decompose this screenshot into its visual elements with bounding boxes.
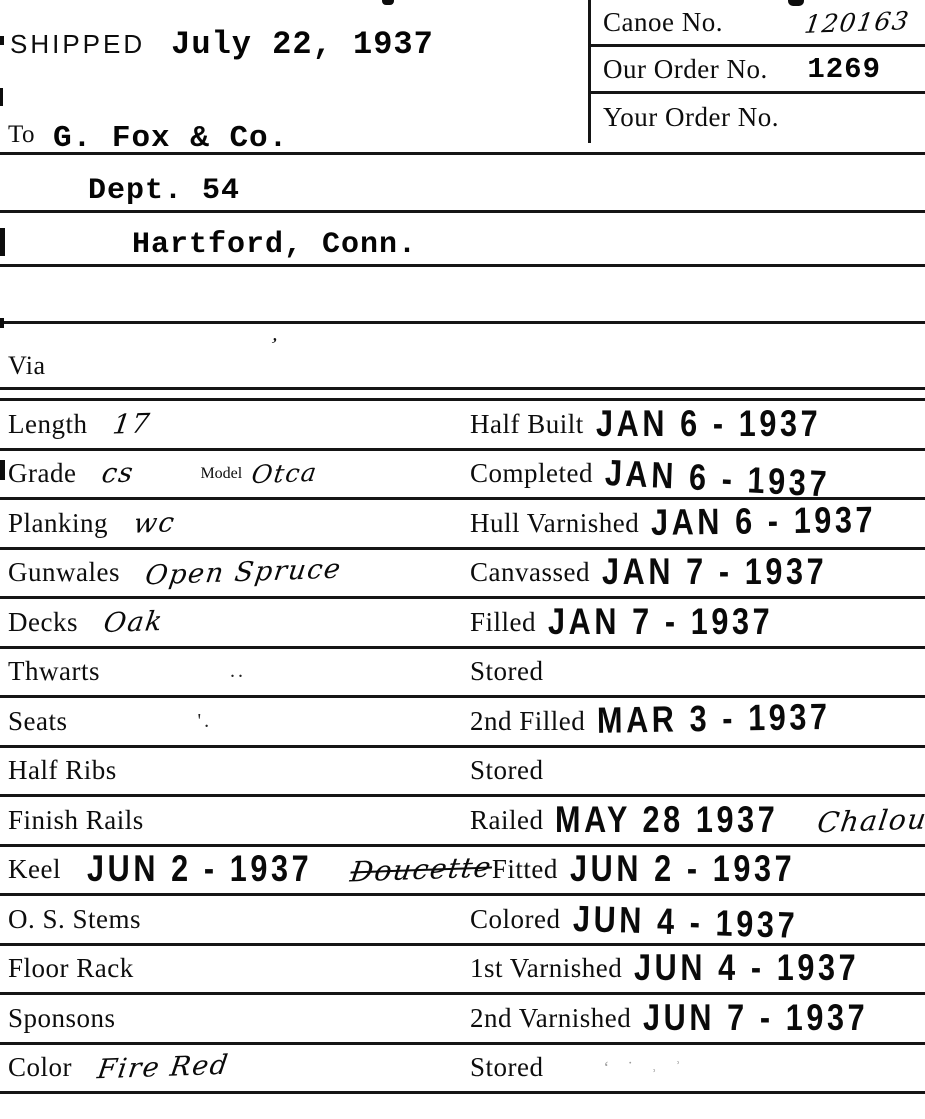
field-label: Sponsons xyxy=(8,1003,116,1034)
spec-cell: Floor Rack xyxy=(0,953,470,984)
field-label: 2nd Filled xyxy=(470,706,585,737)
spec-cell: Length 17 xyxy=(0,409,470,440)
table-row: Color Fire Red Stored ʻ ˙ ˒ ʾ xyxy=(0,1045,925,1095)
spec-cell: Color Fire Red xyxy=(0,1052,470,1083)
status-cell: Canvassed JAN 7 - 1937 xyxy=(470,553,925,592)
stray-pen-mark: ʼ xyxy=(265,331,279,358)
field-label: Stored xyxy=(470,755,544,786)
canoe-no-label: Canoe No. xyxy=(603,7,723,38)
status-cell: 2nd Filled MAR 3 - 1937 xyxy=(470,702,925,741)
scan-artifact xyxy=(0,318,4,328)
canoe-record-card: SHIPPED July 22, 1937 Canoe No. 120163 O… xyxy=(0,0,925,1119)
field-handwritten-note: Doucette xyxy=(348,851,494,889)
to-label: To xyxy=(8,121,35,149)
field-label: Planking xyxy=(8,508,108,539)
field-label: Keel xyxy=(8,854,61,885)
field-label: Filled xyxy=(470,607,536,638)
field-value: JUN 2 - 1937 xyxy=(87,849,312,891)
our-order-label: Our Order No. xyxy=(603,54,768,85)
status-cell: Hull Varnished JAN 6 - 1937 xyxy=(470,504,925,543)
status-cell: Colored JUN 4 - 1937 xyxy=(470,900,925,939)
field-value: cs xyxy=(100,458,137,490)
field-label: 1st Varnished xyxy=(470,953,622,984)
table-row: Finish Rails Railed MAY 28 1937 Chaloux xyxy=(0,797,925,847)
spec-cell: Finish Rails xyxy=(0,805,470,836)
spec-cell: Seats '. xyxy=(0,706,470,737)
table-row: Sponsons 2nd Varnished JUN 7 - 1937 xyxy=(0,995,925,1045)
status-cell: Railed MAY 28 1937 Chaloux xyxy=(470,801,925,840)
status-cell: Completed JAN 6 - 1937 xyxy=(470,454,925,493)
order-number-box: Canoe No. 120163 Our Order No. 1269 Your… xyxy=(588,0,925,143)
field-label: Stored xyxy=(470,1052,544,1083)
scan-artifact xyxy=(0,88,3,106)
spec-cell: Thwarts .. xyxy=(0,656,470,687)
spec-table: Length 17 Half Built JAN 6 - 1937 Grade … xyxy=(0,401,925,1094)
spec-cell: Sponsons xyxy=(0,1003,470,1034)
table-top-rule xyxy=(0,390,925,401)
spec-cell: Gunwales Open Spruce xyxy=(0,557,470,588)
scan-artifact xyxy=(0,460,5,480)
status-cell: 1st Varnished JUN 4 - 1937 xyxy=(470,949,925,988)
field-label-secondary: Model xyxy=(200,465,242,483)
field-value: Open Spruce xyxy=(143,554,344,592)
field-value: '. xyxy=(198,710,213,733)
consignee-name: G. Fox & Co. xyxy=(53,121,288,156)
spec-cell: Half Ribs xyxy=(0,755,470,786)
field-value: JUN 2 - 1937 xyxy=(570,849,795,891)
table-row: Decks Oak Filled JAN 7 - 1937 xyxy=(0,599,925,649)
card-header: SHIPPED July 22, 1937 Canoe No. 120163 O… xyxy=(0,0,925,155)
via-row: ʼ Via xyxy=(0,324,925,390)
field-label: Decks xyxy=(8,607,78,638)
field-value: JUN 4 - 1937 xyxy=(572,898,798,947)
status-cell: 2nd Varnished JUN 7 - 1937 xyxy=(470,999,925,1038)
field-value: JUN 7 - 1937 xyxy=(643,997,868,1039)
table-row: Length 17 Half Built JAN 6 - 1937 xyxy=(0,401,925,451)
status-cell: Stored xyxy=(470,656,925,687)
field-value: Oak xyxy=(102,606,166,639)
address-line-blank xyxy=(0,267,925,324)
scan-artifact xyxy=(788,0,804,6)
field-label: Half Built xyxy=(470,409,584,440)
shipped-row: SHIPPED July 22, 1937 xyxy=(10,26,434,63)
shipped-date-value: July 22, 1937 xyxy=(171,26,434,63)
scan-artifact xyxy=(0,228,5,256)
scan-artifact xyxy=(0,36,4,45)
status-cell: Half Built JAN 6 - 1937 xyxy=(470,405,925,444)
spec-cell: Planking wc xyxy=(0,508,470,539)
shipped-label: SHIPPED xyxy=(10,29,145,60)
your-order-label: Your Order No. xyxy=(603,102,779,133)
field-value: MAY 28 1937 xyxy=(555,799,778,841)
field-label: Floor Rack xyxy=(8,953,134,984)
field-value: wc xyxy=(132,507,178,539)
canoe-no-value: 120163 xyxy=(802,6,911,39)
field-value-secondary: Otca xyxy=(250,458,320,489)
scan-artifact xyxy=(382,0,394,5)
table-row: Seats '. 2nd Filled MAR 3 - 1937 xyxy=(0,698,925,748)
spec-cell: O. S. Stems xyxy=(0,904,470,935)
field-label: Hull Varnished xyxy=(470,508,639,539)
consignee-dept: Dept. 54 xyxy=(88,174,240,208)
field-value: JAN 6 - 1937 xyxy=(596,403,821,445)
table-row: O. S. Stems Colored JUN 4 - 1937 xyxy=(0,896,925,946)
table-row: Keel JUN 2 - 1937 Doucette Fitted JUN 2 … xyxy=(0,847,925,897)
field-label: Stored xyxy=(470,656,544,687)
table-row: Planking wc Hull Varnished JAN 6 - 1937 xyxy=(0,500,925,550)
field-label: Canvassed xyxy=(470,557,590,588)
table-row: Floor Rack 1st Varnished JUN 4 - 1937 xyxy=(0,946,925,996)
our-order-row: Our Order No. 1269 xyxy=(591,47,925,94)
via-label: Via xyxy=(8,351,45,381)
field-label: Seats xyxy=(8,706,68,737)
field-value: JAN 7 - 1937 xyxy=(602,552,827,594)
field-label: Half Ribs xyxy=(8,755,117,786)
address-line-city: Hartford, Conn. xyxy=(0,213,925,267)
table-row: Grade cs Model Otca Completed JAN 6 - 19… xyxy=(0,451,925,501)
spec-cell: Keel JUN 2 - 1937 Doucette xyxy=(0,850,492,889)
field-value: JAN 6 - 1937 xyxy=(651,499,877,544)
table-row: Gunwales Open Spruce Canvassed JAN 7 - 1… xyxy=(0,550,925,600)
ship-to-row: To G. Fox & Co. xyxy=(8,117,288,152)
status-cell: Stored ʻ ˙ ˒ ʾ xyxy=(470,1052,925,1083)
field-handwritten-note: Chaloux xyxy=(815,802,925,839)
field-label: Gunwales xyxy=(8,557,120,588)
field-value: JAN 6 - 1937 xyxy=(604,453,831,507)
table-row: Thwarts .. Stored xyxy=(0,649,925,699)
canoe-no-row: Canoe No. 120163 xyxy=(591,0,925,47)
field-label: 2nd Varnished xyxy=(470,1003,631,1034)
field-label: Length xyxy=(8,409,87,440)
your-order-row: Your Order No. xyxy=(591,94,925,141)
consignee-city: Hartford, Conn. xyxy=(132,228,417,262)
field-value: ʻ ˙ ˒ ʾ xyxy=(604,1058,688,1078)
table-row: Half Ribs Stored xyxy=(0,748,925,798)
field-value: JUN 4 - 1937 xyxy=(634,948,859,990)
field-value: MAR 3 - 1937 xyxy=(597,696,831,742)
field-label: Completed xyxy=(470,458,593,489)
status-cell: Fitted JUN 2 - 1937 xyxy=(492,850,925,889)
field-label: Grade xyxy=(8,458,76,489)
field-label: O. S. Stems xyxy=(8,904,141,935)
our-order-value: 1269 xyxy=(807,53,881,86)
field-label: Fitted xyxy=(492,854,558,885)
field-label: Railed xyxy=(470,805,543,836)
status-cell: Stored xyxy=(470,755,925,786)
field-value: Fire Red xyxy=(95,1050,231,1086)
field-label: Color xyxy=(8,1052,72,1083)
field-value: 17 xyxy=(111,408,153,440)
field-label: Finish Rails xyxy=(8,805,144,836)
spec-cell: Grade cs Model Otca xyxy=(0,458,470,489)
field-label: Thwarts xyxy=(8,656,100,687)
field-value: JAN 7 - 1937 xyxy=(548,601,773,643)
field-label: Colored xyxy=(470,904,561,935)
status-cell: Filled JAN 7 - 1937 xyxy=(470,603,925,642)
spec-cell: Decks Oak xyxy=(0,607,470,638)
address-line-dept: Dept. 54 xyxy=(0,155,925,213)
field-value: .. xyxy=(230,660,246,683)
